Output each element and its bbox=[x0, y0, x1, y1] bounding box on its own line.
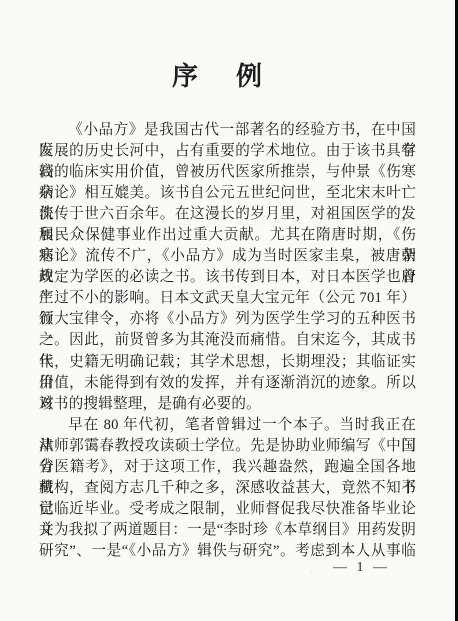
text-line: 已临近毕业。受考成之限制，业师督促我尽快准备毕业论文， bbox=[39, 499, 416, 520]
text-line: 规定为学医的必读之书。该书传到日本，对日本医学也曾产 bbox=[39, 267, 416, 288]
text-line: 省医籍考》，对于这项工作，我兴趣盎然，跑遍全国各地藏书 bbox=[39, 457, 416, 478]
text-line: 从师郭霭春教授攻读硕士学位。先是协助业师编写《中国分 bbox=[39, 436, 416, 457]
text-line: 高的临床实用价值，曾被历代医家所推崇，与仲景《伤寒杂 bbox=[39, 162, 416, 183]
page-title: 序 例 bbox=[0, 56, 440, 93]
text-line: 《小品方》是我国古代一部著名的经验方书，在中国医学 bbox=[39, 120, 416, 141]
text-line: 价值，未能得到有效的发挥，并有逐渐消沉的迹象。所以对 bbox=[39, 373, 416, 394]
text-line: 机构，查阅方志几千种之多，深感收益甚大，竟然不知不觉 bbox=[39, 478, 416, 499]
page-number: — 1 — bbox=[333, 560, 390, 576]
text-line: 代，史籍无明确记载；其学术思想，长期埋没；其临证实用 bbox=[39, 352, 416, 373]
text-line: 行大宝律令，亦将《小品方》列为医学生学习的五种医书之 bbox=[39, 309, 416, 330]
text-line: 病论》相互媲美。该书自公元五世纪问世，至北宋末叶亡佚， bbox=[39, 183, 416, 204]
scanned-book-page: 序 例 《小品方》是我国古代一部著名的经验方书，在中国医学发展的历史长河中，占有… bbox=[0, 0, 458, 621]
text-line: 和民众保健事业作出过重大贡献。尤其在隋唐时期，《伤寒杂 bbox=[39, 225, 416, 246]
text-line: 病论》流传不广，《小品方》成为当时医家圭臬，被唐朝政府 bbox=[39, 246, 416, 267]
text-line: 生过不小的影响。日本文武天皇大宝元年（公元 701 年）颁 bbox=[39, 288, 416, 309]
body-text: 《小品方》是我国古代一部著名的经验方书，在中国医学发展的历史长河中，占有重要的学… bbox=[39, 120, 416, 562]
text-line: 早在 80 年代初，笔者曾辑过一个本子。当时我正在津门 bbox=[39, 415, 416, 436]
text-line: 研究”、一是“《小品方》辑佚与研究”。考虑到本人从事临 bbox=[39, 541, 416, 562]
text-line: 该书的搜辑整理，是确有必要的。 bbox=[39, 394, 416, 415]
text-line: 并为我拟了两道题目：一是“李时珍《本草纲目》用药发明 bbox=[39, 520, 416, 541]
text-line: 流传于世六百余年。在这漫长的岁月里，对祖国医学的发展 bbox=[39, 204, 416, 225]
text-line: 一。因此，前贤曾多为其淹没而痛惜。自宋迄今，其成书年 bbox=[39, 330, 416, 351]
text-line: 发展的历史长河中，占有重要的学术地位。由于该书具有较 bbox=[39, 141, 416, 162]
